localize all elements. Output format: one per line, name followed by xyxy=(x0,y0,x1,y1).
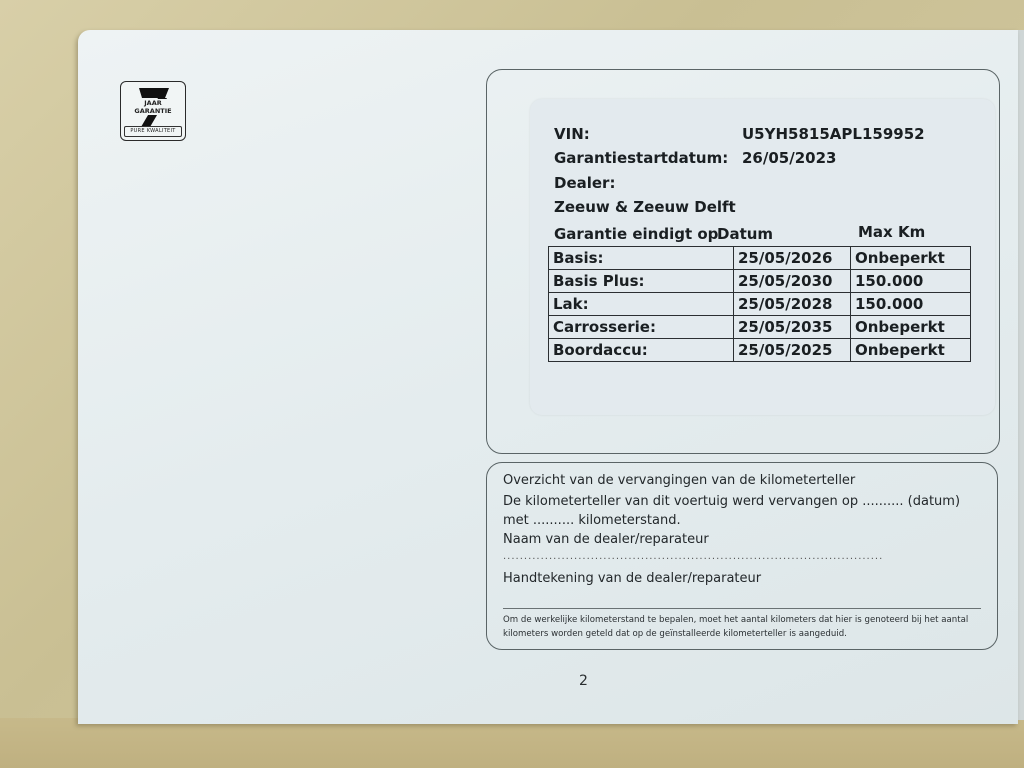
odometer-replacement-box: Overzicht van de vervangingen van de kil… xyxy=(486,462,998,650)
dealer-name-dots: ........................................… xyxy=(503,551,883,562)
warranty-row: Basis:25/05/2026Onbeperkt xyxy=(549,247,971,270)
start-date-value: 26/05/2023 xyxy=(742,149,836,167)
max-km-cell: Onbeperkt xyxy=(851,339,971,362)
warranty-row: Lak:25/05/2028150.000 xyxy=(549,293,971,316)
warranty-logo: JAAR GARANTIE PURE KWALITEIT xyxy=(120,81,186,141)
odometer-title: Overzicht van de vervangingen van de kil… xyxy=(503,473,855,488)
vin-value: U5YH5815APL159952 xyxy=(742,125,925,143)
end-date-cell: 25/05/2035 xyxy=(734,316,851,339)
warranty-row: Boordaccu:25/05/2025Onbeperkt xyxy=(549,339,971,362)
dealer-label: Dealer: xyxy=(554,174,615,192)
warranty-sticker: VIN: U5YH5815APL159952 Garantiestartdatu… xyxy=(530,99,995,415)
odometer-line-reading: met .......... kilometerstand. xyxy=(503,513,681,528)
end-date-cell: 25/05/2026 xyxy=(734,247,851,270)
logo-bottom-text: PURE KWALITEIT xyxy=(124,126,182,137)
warranty-type-cell: Basis: xyxy=(549,247,734,270)
end-date-cell: 25/05/2025 xyxy=(734,339,851,362)
table-header-type: Garantie eindigt op xyxy=(554,225,718,243)
page-number: 2 xyxy=(579,673,588,689)
end-date-cell: 25/05/2030 xyxy=(734,270,851,293)
max-km-cell: Onbeperkt xyxy=(851,247,971,270)
max-km-cell: 150.000 xyxy=(851,270,971,293)
warranty-row: Carrosserie:25/05/2035Onbeperkt xyxy=(549,316,971,339)
warranty-table: Basis:25/05/2026OnbeperktBasis Plus:25/0… xyxy=(548,246,971,362)
dealer-value: Zeeuw & Zeeuw Delft xyxy=(554,198,736,216)
warranty-type-cell: Lak: xyxy=(549,293,734,316)
warranty-booklet-page: JAAR GARANTIE PURE KWALITEIT VIN: U5YH58… xyxy=(78,30,1018,724)
start-date-label: Garantiestartdatum: xyxy=(554,149,728,167)
odometer-note: Om de werkelijke kilometerstand te bepal… xyxy=(503,613,983,641)
warranty-type-cell: Carrosserie: xyxy=(549,316,734,339)
logo-top-text: JAAR GARANTIE xyxy=(127,99,179,115)
divider xyxy=(503,608,981,609)
odometer-line-replaced: De kilometerteller van dit voertuig werd… xyxy=(503,494,960,509)
end-date-cell: 25/05/2028 xyxy=(734,293,851,316)
signature-label: Handtekening van de dealer/reparateur xyxy=(503,571,761,586)
wooden-table-surface xyxy=(0,718,1024,768)
max-km-cell: Onbeperkt xyxy=(851,316,971,339)
max-km-cell: 150.000 xyxy=(851,293,971,316)
warranty-type-cell: Boordaccu: xyxy=(549,339,734,362)
warranty-row: Basis Plus:25/05/2030150.000 xyxy=(549,270,971,293)
vin-label: VIN: xyxy=(554,125,590,143)
table-header-date: Datum xyxy=(717,225,773,243)
dealer-name-label: Naam van de dealer/reparateur xyxy=(503,532,709,547)
warranty-type-cell: Basis Plus: xyxy=(549,270,734,293)
table-header-maxkm: Max Km xyxy=(858,223,925,241)
